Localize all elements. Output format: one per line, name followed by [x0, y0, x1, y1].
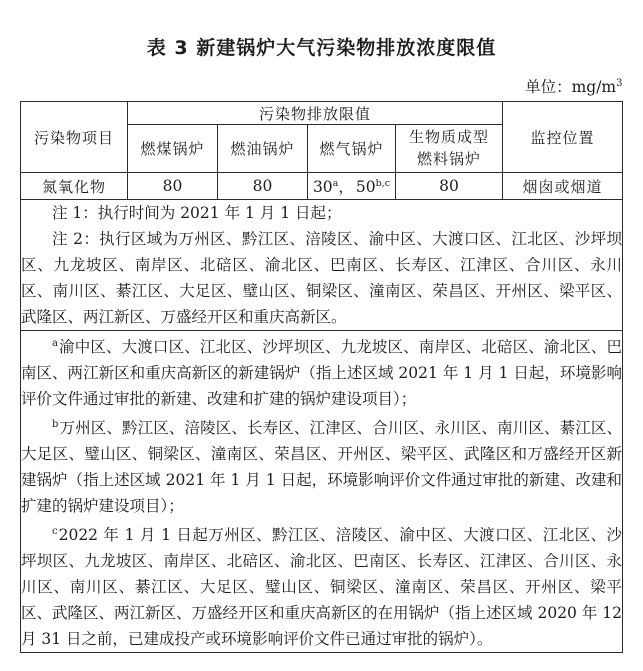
footnote-c-text: 2022 年 1 月 1 日起万州区、黔江区、涪陵区、渝中区、大渡口区、江北区、…: [21, 526, 622, 648]
header-emission-limits-group: 污染物排放限值: [127, 102, 502, 125]
cell-pollutant-name: 氮氧化物: [20, 173, 127, 200]
unit-value: mg/m: [572, 78, 617, 96]
footnote-b-text: 万州区、黔江区、涪陵区、长寿区、江津区、合川区、永川区、南川区、綦江区、大足区、…: [21, 419, 622, 515]
gas-limit-superscript-bc: b,c: [376, 178, 390, 189]
note-2: 注 2：执行区域为万州区、黔江区、涪陵区、渝中区、大渡口区、江北区、沙坪坝区、九…: [21, 226, 622, 330]
header-biomass-boiler: 生物质成型燃料锅炉: [395, 125, 502, 173]
unit-line: 单位：mg/m3: [21, 75, 623, 97]
note-1: 注 1：执行时间为 2021 年 1 月 1 日起；: [21, 200, 622, 226]
emission-limits-table: 污染物项目 污染物排放限值 监控位置 燃煤锅炉 燃油锅炉 燃气锅炉 生物质成型燃…: [20, 101, 623, 653]
unit-label: 单位：: [525, 78, 572, 96]
footnote-a: a渝中区、大渡口区、江北区、沙坪坝区、九龙坡区、南岸区、北碚区、渝北区、巴南区、…: [21, 331, 622, 412]
footnote-b: b万州区、黔江区、涪陵区、长寿区、江津区、合川区、永川区、南川区、綦江区、大足区…: [21, 412, 622, 519]
gas-limit-value-2: 50: [356, 178, 376, 196]
footnote-c: c2022 年 1 月 1 日起万州区、黔江区、涪陵区、渝中区、大渡口区、江北区…: [21, 519, 622, 652]
cell-biomass-limit: 80: [395, 173, 502, 200]
footnote-a-marker: a: [52, 338, 58, 349]
footnote-b-marker: b: [52, 419, 58, 430]
footnotes-row: a渝中区、大渡口区、江北区、沙坪坝区、九龙坡区、南岸区、北碚区、渝北区、巴南区、…: [20, 331, 622, 653]
header-oil-boiler: 燃油锅炉: [217, 125, 307, 173]
cell-oil-limit: 80: [217, 173, 307, 200]
table-title: 表 3 新建锅炉大气污染物排放浓度限值: [21, 33, 623, 60]
cell-gas-limit: 30a，50b,c: [307, 173, 395, 200]
footnote-a-text: 渝中区、大渡口区、江北区、沙坪坝区、九龙坡区、南岸区、北碚区、渝北区、巴南区、两…: [21, 338, 622, 408]
header-gas-boiler: 燃气锅炉: [307, 125, 395, 173]
footnotes-cell: a渝中区、大渡口区、江北区、沙坪坝区、九龙坡区、南岸区、北碚区、渝北区、巴南区、…: [20, 331, 622, 653]
table-row: 氮氧化物 80 80 30a，50b,c 80 烟囱或烟道: [20, 173, 622, 200]
header-biomass-boiler-label: 生物质成型燃料锅炉: [406, 127, 492, 171]
notes-row: 注 1：执行时间为 2021 年 1 月 1 日起； 注 2：执行区域为万州区、…: [20, 200, 622, 331]
gas-limit-separator: ，: [338, 178, 356, 196]
gas-limit-value-1: 30: [313, 178, 333, 196]
footnote-c-marker: c: [52, 526, 58, 537]
header-coal-boiler: 燃煤锅炉: [127, 125, 217, 173]
unit-superscript: 3: [616, 78, 622, 89]
cell-monitoring-position: 烟囱或烟道: [503, 173, 623, 200]
document-page: 表 3 新建锅炉大气污染物排放浓度限值 单位：mg/m3 污染物项目 污染物排放…: [0, 0, 643, 671]
header-pollutant-item: 污染物项目: [20, 102, 127, 173]
header-row-1: 污染物项目 污染物排放限值 监控位置: [20, 102, 622, 125]
notes-cell: 注 1：执行时间为 2021 年 1 月 1 日起； 注 2：执行区域为万州区、…: [20, 200, 622, 331]
header-monitoring-position: 监控位置: [503, 102, 623, 173]
cell-coal-limit: 80: [127, 173, 217, 200]
